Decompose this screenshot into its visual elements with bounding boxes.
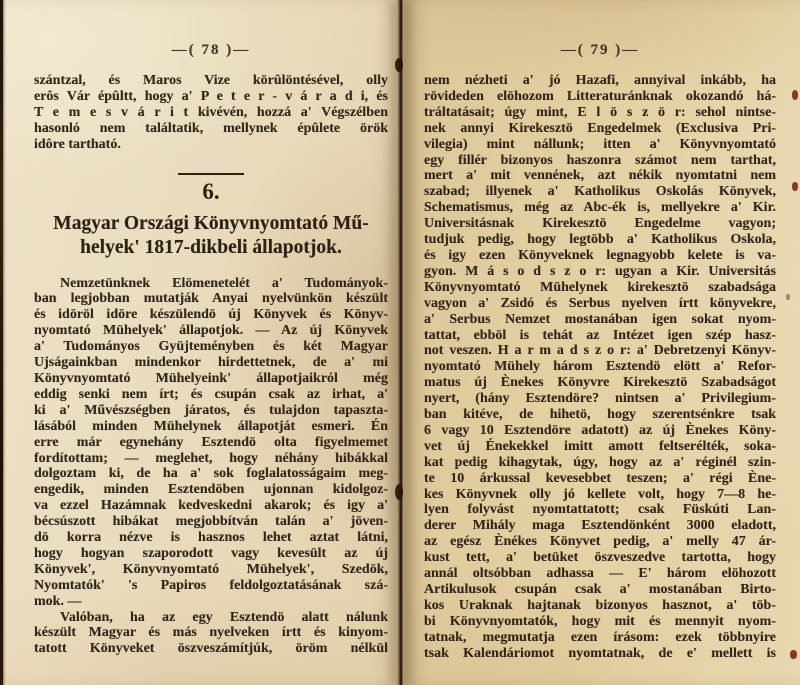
text-line: 6 vagy 10 Esztendöre adatott) az új Ènek… [424, 423, 776, 439]
text-line: vet új Énekekkel imitt amott feltserélté… [424, 439, 776, 455]
text-line: dö korra nézve is hasznos lehet aztat lá… [34, 530, 388, 546]
text-line: Ujságainkban mindenkor hirdettetnek, de … [34, 355, 388, 371]
text-line: eddig senki nem írt; és csupán csak az i… [34, 387, 388, 403]
text-line: not veszen. H a r m a d s z o r: a' Debr… [424, 343, 776, 359]
text-line: Könyvnyomtató Mühelyeink' állapotjaikról… [34, 371, 388, 387]
text-line: készült Magyar és más nyelveken írtt és … [34, 625, 388, 641]
text-line: tatnak, megmutatja ezen írásom: ezek töb… [424, 630, 776, 646]
text-line: T e m e s v á r i t kivévén, hozzá a' Vé… [34, 105, 388, 121]
chapter-heading: Magyar Országi Könyvnyomtató Mű-helyek' … [34, 212, 388, 260]
text-line: bi Könyvnyomtatók, hogy mit és mennyit n… [424, 614, 776, 630]
text-line: lyen folyvást nyomtattatott; csak Füskút… [424, 502, 776, 518]
text-line: hasonló nem találtatik, mellynek épûlete… [34, 121, 388, 137]
text-line: ban legjobban mutatják Anyai nyelvünkön … [34, 291, 388, 307]
page-79-content: —( 79 )— nem nézheti a' jó Hazafi, annyi… [424, 42, 776, 662]
page-79: —( 79 )— nem nézheti a' jó Hazafi, annyi… [404, 0, 800, 685]
page-edge-stain [792, 90, 798, 100]
page-edge-stain [792, 182, 798, 191]
text-line: fordítottam; — meglehet, hogy néhány hib… [34, 451, 388, 467]
text-line: Valóban, ha az egy Esztendö alatt nálunk [34, 610, 388, 626]
text-line: tatott Könyveket öszveszámítjúk, öröm né… [34, 641, 388, 657]
paragraph-body: nem nézheti a' jó Hazafi, annyival inkáb… [424, 73, 776, 662]
text-line: nyomtató Mühelyek' állapotjok. — Az új K… [34, 323, 388, 339]
spine-blemish [395, 484, 403, 500]
page-number-header-79: —( 79 )— [424, 42, 776, 60]
text-line: tráltatásait; úgy mint, E l ö s z ö r: s… [424, 105, 776, 121]
text-line: rövideden elöhozom Litteraturánknak okoz… [424, 89, 776, 105]
page-78: —( 78 )— szántzal, és Maros Vize körûlön… [3, 0, 398, 685]
text-line: te 10 árkussal kevesebbet teszen; a' rég… [424, 471, 776, 487]
text-line: kat pedig kihagytak, úgy, hogy az a' rég… [424, 455, 776, 471]
page-edge-stain [790, 650, 797, 659]
text-line: hogy hogyan szaporodott vagy kevesült az… [34, 546, 388, 562]
text-line: helyek' 1817-dikbeli állapotjok. [34, 236, 388, 260]
text-line: kos Uraknak hajtanak bizonyos hasznot, a… [424, 598, 776, 614]
text-line: erôs Vár épûltt, hogy a' P e t e r - v á… [34, 89, 388, 105]
text-line: bécsúszott hibákat megjobbítván talán a'… [34, 514, 388, 530]
text-line: derer Mihály maga Esztendönként 3000 ela… [424, 518, 776, 534]
text-line: és igy ezen Könyveknek legnagyobb kelete… [424, 248, 776, 264]
page-number-header-78: —( 78 )— [34, 42, 388, 60]
book-left-edge [0, 0, 3, 685]
text-line: nyomtató Mühely három Esztendö elött a' … [424, 359, 776, 375]
paragraph-body: Nemzetünknek Elömenetelét a' Tudományok-… [34, 276, 388, 610]
section-divider-rule [178, 173, 244, 175]
text-line: tattat, ebböl is tehát az Intézet igen s… [424, 328, 776, 344]
text-line: lásából minden Mühelynek állapotját esme… [34, 419, 388, 435]
text-line: Nemzetünknek Elömenetelét a' Tudományok- [34, 276, 388, 292]
text-line: Magyar Országi Könyvnyomtató Mű- [34, 212, 388, 236]
text-line: nek annyi Kirekesztö Engedelmek (Exclusi… [424, 121, 776, 137]
text-line: kes Könyvnek olly jó kellete volt, hogy … [424, 487, 776, 503]
page-edge-stain [786, 294, 790, 300]
text-line: vilegia) mint nállunk; itten a' Könyvnyo… [424, 137, 776, 153]
text-line: kust tett, a' betüket öszveszedve tartot… [424, 550, 776, 566]
page-78-content: —( 78 )— szántzal, és Maros Vize körûlön… [34, 42, 388, 657]
paragraph-body-2: Valóban, ha az egy Esztendö alatt nálunk… [34, 610, 388, 658]
text-line: dolgoztam ki, de ha a' sok foglalatosság… [34, 466, 388, 482]
text-line: szántzal, és Maros Vize körûlöntésével, … [34, 73, 388, 89]
text-line: matus új Ènekes Könyvre Kirekesztö Szaba… [424, 375, 776, 391]
text-line: mok. — [34, 594, 388, 610]
book-spread: —( 78 )— szántzal, és Maros Vize körûlön… [0, 0, 800, 685]
text-line: Schematismus, még az Abc-ék is, mellyekr… [424, 200, 776, 216]
section-number: 6. [34, 179, 388, 207]
text-line: a' Tudományos Gyüjteményben és két Magya… [34, 339, 388, 355]
text-line: és idöröl idöre készülendö új Könyvek és… [34, 307, 388, 323]
paragraph-continuation: szántzal, és Maros Vize körûlöntésével, … [34, 73, 388, 153]
text-line: gyon. M á s o d s z o r: ugyan a Kir. Un… [424, 264, 776, 280]
text-line: idôre tartható. [34, 137, 388, 153]
text-line: egy fillér bizonyos haszonra számot nem … [424, 153, 776, 169]
text-line: vagyon a' Zsidó és Serbus nyelven írtt k… [424, 296, 776, 312]
text-line: Universitásnak Kirekesztö Engedelme vagy… [424, 216, 776, 232]
text-line: szabad; illyenek a' Katholikus Oskolás K… [424, 184, 776, 200]
text-line: va ezzel Hazámnak kedveskedni akarok; és… [34, 498, 388, 514]
text-line: nyert, (hány Esztendöre? nintsen a' Priv… [424, 391, 776, 407]
text-line: ban kitéve, de hihetö, hogy szerentsénkr… [424, 407, 776, 423]
text-line: Könyvnyomtató Mühelynek kirekesztö szaba… [424, 280, 776, 296]
text-line: Könyvek', Könyvnyomtató Mühelyek', Szedö… [34, 562, 388, 578]
text-line: az egész Ènékes Könyvet pedig, a' melly … [424, 534, 776, 550]
text-line: annál oltsóbban adhassa — E' három elöho… [424, 566, 776, 582]
text-line: engedik, minden Esztendöben ujonnan kido… [34, 482, 388, 498]
text-line: Nyomtatók' 's Papiros feldolgoztatásának… [34, 578, 388, 594]
text-line: mert a' mit vennének, azt nékik nyomtatn… [424, 168, 776, 184]
text-line: erre már egynehány Esztendö olta figyelm… [34, 435, 388, 451]
text-line: Artikulusok csupán csak a' mostanában Bi… [424, 582, 776, 598]
book-spine-gutter [397, 0, 404, 685]
text-line: ki a' Művészségben járatos, és tulajdon … [34, 403, 388, 419]
text-line: a' Serbus Nemzet mostanában igen sokat n… [424, 312, 776, 328]
text-line: nem nézheti a' jó Hazafi, annyival inkáb… [424, 73, 776, 89]
text-line: tsak Kalendáriomot nyomtatnak, de e' mel… [424, 646, 776, 662]
spine-blemish [395, 58, 403, 72]
text-line: tudjuk pedig, hogy legtöbb a' Katholikus… [424, 232, 776, 248]
